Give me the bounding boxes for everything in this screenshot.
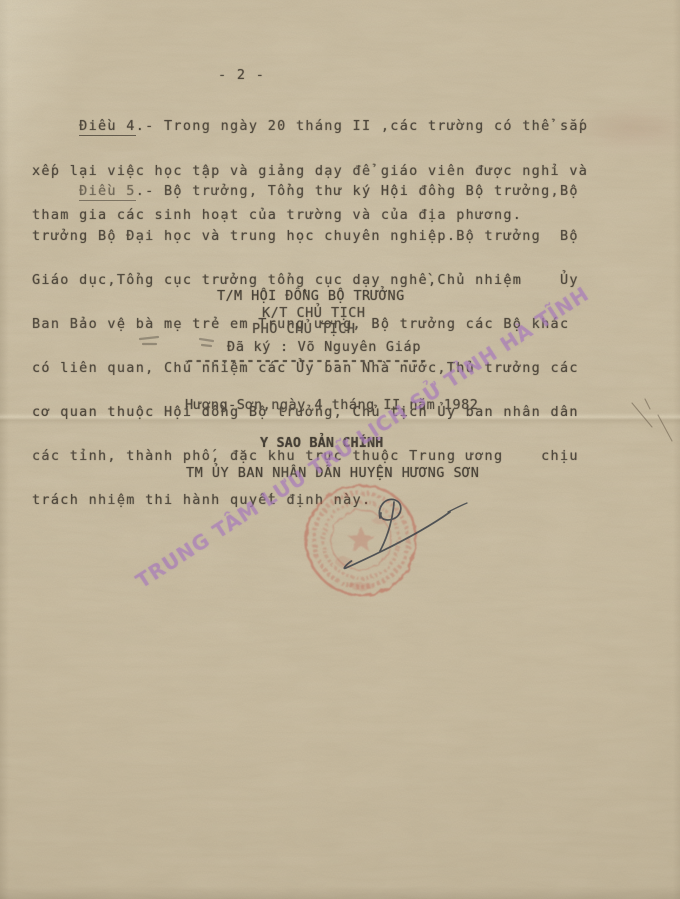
certified-copy-note: Y SAO BẢN CHÍNH <box>260 436 383 451</box>
article-4-first-line: Điều 4.- Trong ngày 20 tháng II ,các trư… <box>32 119 588 134</box>
signing-authority: T/M HỘI ĐỒNG BỘ TRƯỞNG <box>217 289 405 304</box>
article-5-line: các tỉnh, thành phố, đặc khu trực thuộc … <box>32 449 579 464</box>
page-number: - 2 - <box>218 68 265 83</box>
article-5-line: trưởng Bộ Đại học và trung học chuyên ng… <box>32 229 579 244</box>
pencil-smudge <box>136 330 220 354</box>
article-5-line: Giáo dục,Tổng cục trưởng tổng cục dạy ng… <box>32 273 579 288</box>
place-date-line: Hương-Sơn,ngày 4 tháng II năm 1982 <box>185 398 478 413</box>
dashed-divider: ---------------------------- <box>186 354 428 369</box>
article-4-label: Điều 4 <box>79 118 136 136</box>
handwritten-signature <box>320 488 490 588</box>
article-5-first-line: Điều 5.- Bộ trưởng, Tổng thư ký Hội đồng… <box>32 184 579 199</box>
paper-scratch-marks <box>623 396 679 454</box>
article-5-label: Điều 5 <box>79 183 136 201</box>
scanned-document-page: - 2 - Điều 4.- Trong ngày 20 tháng II ,c… <box>0 0 680 899</box>
signer-title: PHÓ CHỦ TỊCH <box>252 322 356 337</box>
committee-line: TM ỦY BAN NHÂN DÂN HUYỆN HƯƠNG SƠN <box>186 466 479 481</box>
on-behalf-line: K/T CHỦ TỊCH <box>262 306 366 321</box>
